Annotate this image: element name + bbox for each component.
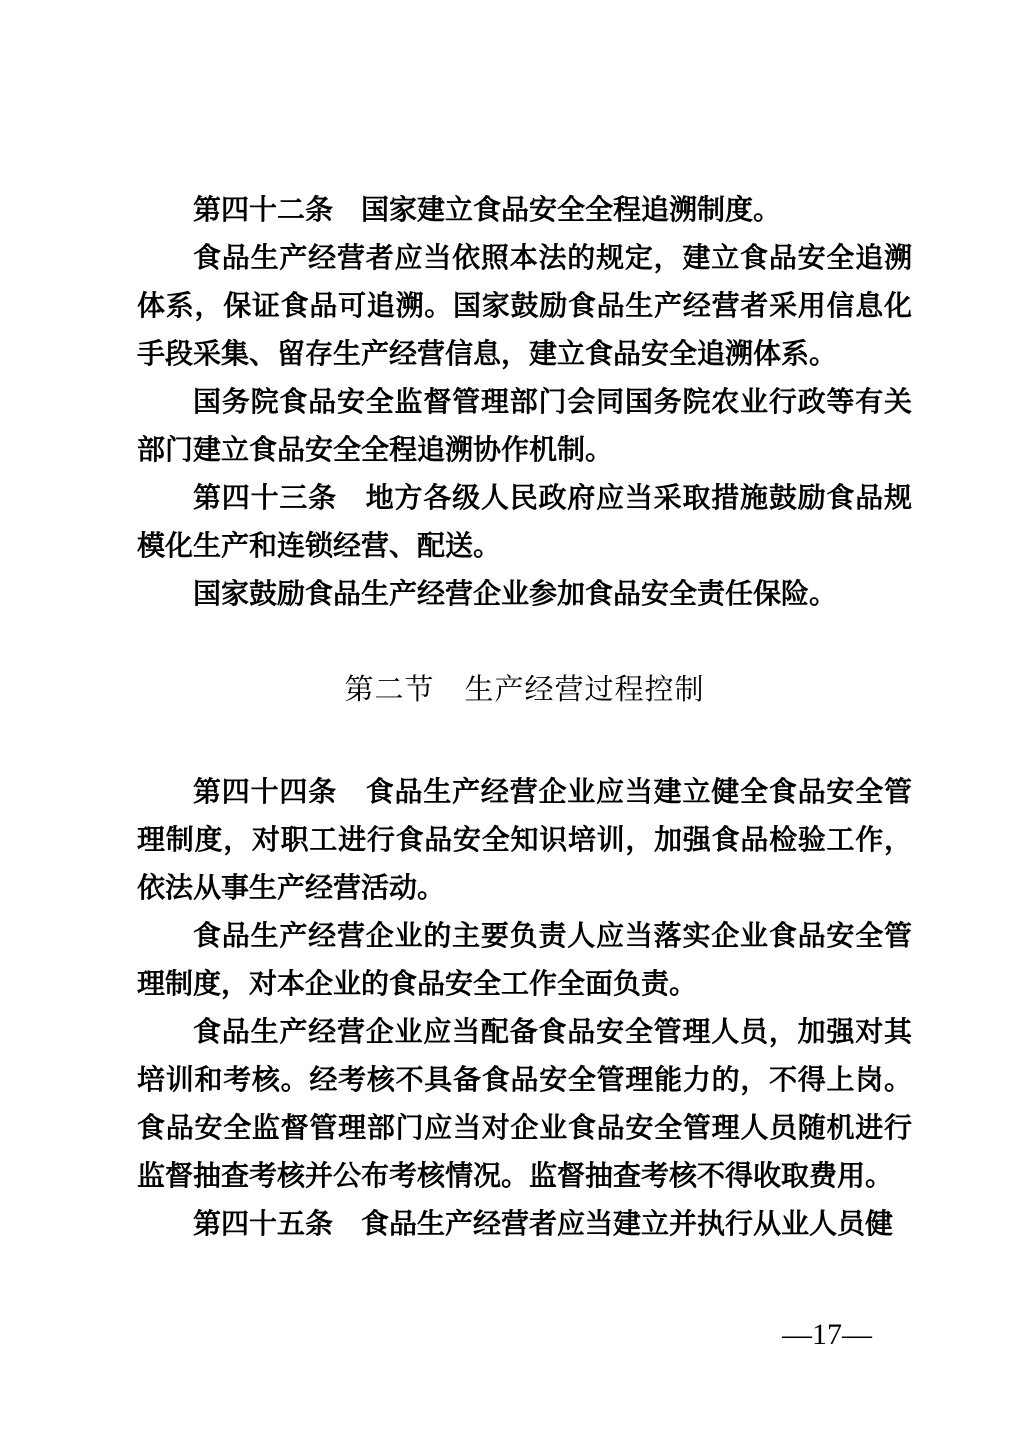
page-number: —17— — [782, 1318, 872, 1352]
document-body: 第四十二条 国家建立食品安全全程追溯制度。食品生产经营者应当依照本法的规定，建立… — [137, 186, 912, 1248]
section-heading: 第二节 生产经营过程控制 — [137, 666, 912, 714]
article-paragraph: 食品生产经营企业的主要负责人应当落实企业食品安全管理制度，对本企业的食品安全工作… — [137, 912, 912, 1008]
article-paragraph: 国务院食品安全监督管理部门会同国务院农业行政等有关部门建立食品安全全程追溯协作机… — [137, 378, 912, 474]
article-paragraph: 第四十三条 地方各级人民政府应当采取措施鼓励食品规模化生产和连锁经营、配送。 — [137, 474, 912, 570]
article-paragraph: 第四十二条 国家建立食品安全全程追溯制度。 — [137, 186, 912, 234]
article-paragraph: 食品生产经营企业应当配备食品安全管理人员，加强对其培训和考核。经考核不具备食品安… — [137, 1008, 912, 1200]
document-page: 第四十二条 国家建立食品安全全程追溯制度。食品生产经营者应当依照本法的规定，建立… — [0, 0, 1024, 1450]
article-paragraph: 第四十五条 食品生产经营者应当建立并执行从业人员健 — [137, 1200, 912, 1248]
article-paragraph: 第四十四条 食品生产经营企业应当建立健全食品安全管理制度，对职工进行食品安全知识… — [137, 768, 912, 912]
article-paragraph: 国家鼓励食品生产经营企业参加食品安全责任保险。 — [137, 570, 912, 618]
article-paragraph: 食品生产经营者应当依照本法的规定，建立食品安全追溯体系，保证食品可追溯。国家鼓励… — [137, 234, 912, 378]
